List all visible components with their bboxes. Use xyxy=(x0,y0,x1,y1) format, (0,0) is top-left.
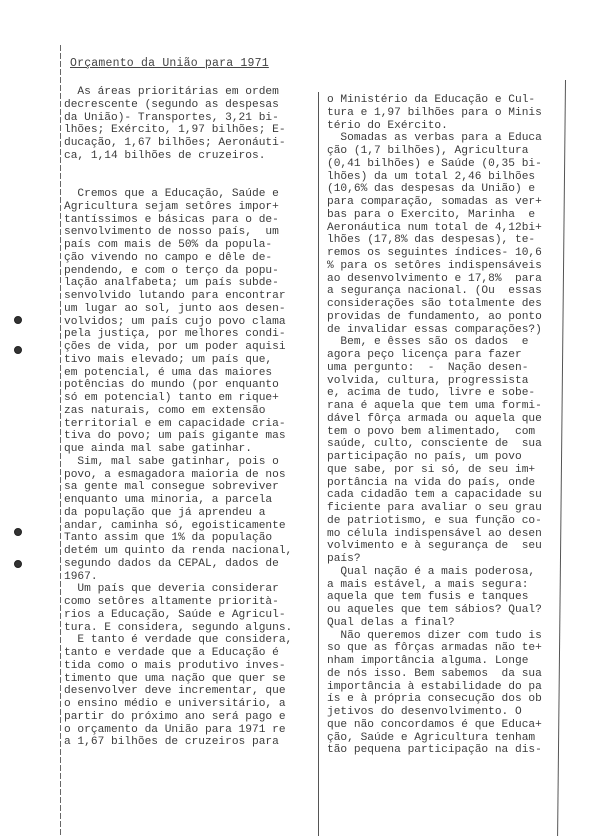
text-line: aquela que tem fusis e tanques xyxy=(327,591,589,604)
text-line: da população que já aprendeu a xyxy=(64,507,316,520)
text-line: ca, 1,14 bilhões de cruzeiros. xyxy=(64,150,316,163)
text-line xyxy=(64,163,316,176)
text-line: Um país que deveria considerar xyxy=(64,583,316,596)
text-line: pela justiça, por melhores condi- xyxy=(64,328,316,341)
text-line: Qual nação é a mais poderosa, xyxy=(327,566,589,579)
left-margin-line xyxy=(60,45,61,836)
text-line: ção (1,7 bilhões), Agricultura xyxy=(327,145,589,158)
text-line: tério do Exército. xyxy=(327,120,589,133)
text-line: ção, Saúde e Agricultura tenham xyxy=(327,732,589,745)
text-line: senvolvido lutando para encontrar xyxy=(64,290,316,303)
text-line: que ainda mal sabe gatinhar. xyxy=(64,443,316,456)
text-line: ficiente para avaliar o seu grau xyxy=(327,502,589,515)
text-line xyxy=(64,175,316,188)
text-line: territorial e em capacidade cria- xyxy=(64,418,316,431)
text-line: rios a Educação, Saúde e Agricul- xyxy=(64,609,316,622)
text-line: ao desenvolvimento e 17,8% para xyxy=(327,273,589,286)
left-text-column: As áreas prioritárias em ordemdecrescent… xyxy=(64,86,316,749)
text-line: considerações são totalmente des xyxy=(327,298,589,311)
text-line: tura e 1,97 bilhões para o Minis xyxy=(327,107,589,120)
text-line: só em potencial) tanto em rique+ xyxy=(64,392,316,405)
text-line: volvidos; um país cujo povo clama xyxy=(64,316,316,329)
text-line: 1967. xyxy=(64,571,316,584)
text-line: lhões) da um total 2,46 bilhões xyxy=(327,171,589,184)
text-line: cada cidadão tem a capacidade su xyxy=(327,489,589,502)
text-line: a 1,67 bilhões de cruzeiros para xyxy=(64,736,316,749)
typewritten-page: Orçamento da União para 1971 As áreas pr… xyxy=(0,0,594,836)
text-line: país com mais de 50% da popula- xyxy=(64,239,316,252)
text-line: sa gente mal consegue sobreviver xyxy=(64,481,316,494)
text-line: so que as fôrças armadas não te+ xyxy=(327,642,589,655)
text-line: potências do mundo (por enquanto xyxy=(64,379,316,392)
binder-hole-mark xyxy=(14,316,22,324)
text-line: que não concordamos é que Educa+ xyxy=(327,719,589,732)
text-line: Aeronáutica num total de 4,12bi+ xyxy=(327,222,589,235)
text-line: zas naturais, como em extensão xyxy=(64,405,316,418)
text-line: (10,6% das despesas da União) e xyxy=(327,183,589,196)
text-line: um lugar ao sol, junto aos desen- xyxy=(64,303,316,316)
text-line: participação no país, um povo xyxy=(327,451,589,464)
text-line: senvolvimento de nosso país, um xyxy=(64,226,316,239)
column-divider-line xyxy=(318,92,319,836)
text-line: jetivos do desenvolvimento. O xyxy=(327,706,589,719)
text-line: ção vivendo no campo e dêle de- xyxy=(64,252,316,265)
text-line: bas para o Exercito, Marinha e xyxy=(327,209,589,222)
text-line: decrescente (segundo as despesas xyxy=(64,99,316,112)
text-line: ducação, 1,67 bilhões; Aeronáuti- xyxy=(64,137,316,150)
text-line: Agricultura sejam setôres impor+ xyxy=(64,201,316,214)
text-line: tantíssimos e básicas para o de- xyxy=(64,214,316,227)
text-line: que sabe, por si só, de seu im+ xyxy=(327,464,589,477)
text-line: Bem, e êsses são os dados e xyxy=(327,336,589,349)
text-line: pendendo, e com o terço da popu- xyxy=(64,265,316,278)
text-line: Tanto assim que 1% da população xyxy=(64,532,316,545)
text-line: tiva do povo; um país gigante mas xyxy=(64,430,316,443)
text-line: volvida, cultura, progressista xyxy=(327,375,589,388)
text-line: como setôres altamente priorità- xyxy=(64,596,316,609)
text-line: detém um quinto da renda nacional, xyxy=(64,545,316,558)
text-line: Não queremos dizer com tudo is xyxy=(327,630,589,643)
text-line: Qual delas a final? xyxy=(327,617,589,630)
text-line: Somadas as verbas para a Educa xyxy=(327,132,589,145)
text-line: uma pergunto: - Nação desen- xyxy=(327,362,589,375)
text-line: tem o povo bem alimentado, com xyxy=(327,426,589,439)
text-line: importância à estabilidade do pa xyxy=(327,681,589,694)
text-line: Sim, mal sabe gatinhar, pois o xyxy=(64,456,316,469)
text-line: o Ministério da Educação e Cul- xyxy=(327,94,589,107)
text-line: segundo dados da CEPAL, dados de xyxy=(64,558,316,571)
text-line: da União)- Transportes, 3,21 bi- xyxy=(64,112,316,125)
text-line: andar, caminha só, egoisticamente xyxy=(64,520,316,533)
text-line: volvimento e à segurança de seu xyxy=(327,540,589,553)
text-line: ou aqueles que tem sábios? Qual? xyxy=(327,604,589,617)
text-line: agora peço licença para fazer xyxy=(327,349,589,362)
text-line: tão pequena participação na dis- xyxy=(327,744,589,757)
text-line: de invalidar essas comparações?) xyxy=(327,324,589,337)
text-line: de patriotismo, e sua função co- xyxy=(327,515,589,528)
text-line: desenvolver deve incrementar, que xyxy=(64,685,316,698)
binder-hole-mark xyxy=(14,560,22,568)
text-line: povo, a esmagadora maioria de nos xyxy=(64,469,316,482)
text-line: providas de fundamento, ao ponto xyxy=(327,311,589,324)
text-line: partir do próximo ano será pago e xyxy=(64,711,316,724)
text-line: lhões; Exército, 1,97 bilhões; E- xyxy=(64,124,316,137)
text-line: tura. E considera, segundo alguns. xyxy=(64,622,316,635)
text-line: a mais estável, a mais segura: xyxy=(327,579,589,592)
binder-hole-mark xyxy=(14,346,22,354)
text-line: de nós isso. Bem sabemos da sua xyxy=(327,668,589,681)
text-line: remos os seguintes índices- 10,6 xyxy=(327,247,589,260)
text-line: ções de vida, por um poder aquisi xyxy=(64,341,316,354)
text-line: % para os setôres indispensáveis xyxy=(327,260,589,273)
text-line: país? xyxy=(327,553,589,566)
text-line: timento que uma nação que quer se xyxy=(64,673,316,686)
text-line: saúde, culto, consciente de sua xyxy=(327,438,589,451)
text-line: lação analfabeta; um país subde- xyxy=(64,277,316,290)
text-line: e, acima de tudo, livre e sobe- xyxy=(327,387,589,400)
text-line: portância na vida do país, onde xyxy=(327,477,589,490)
text-line: mo célula indispensável ao desen xyxy=(327,528,589,541)
text-line: tivo mais elevado; um país que, xyxy=(64,354,316,367)
text-line: tida como o mais produtivo inves- xyxy=(64,660,316,673)
text-line: rana é aquela que tem uma formi- xyxy=(327,400,589,413)
document-title: Orçamento da União para 1971 xyxy=(70,57,269,70)
text-line: ís e à própria consecução dos ob xyxy=(327,693,589,706)
text-line: a segurança nacional. (Ou essas xyxy=(327,285,589,298)
text-line: As áreas prioritárias em ordem xyxy=(64,86,316,99)
text-line: tanto e verdade que a Educação é xyxy=(64,647,316,660)
text-line: em potencial, é uma das maiores xyxy=(64,367,316,380)
text-line: enquanto uma minoria, a parcela xyxy=(64,494,316,507)
text-line: dável fôrça armada ou aquela que xyxy=(327,413,589,426)
text-line: E tanto é verdade que considera, xyxy=(64,634,316,647)
text-line: Cremos que a Educação, Saúde e xyxy=(64,188,316,201)
text-line: o ensino médio e universitário, a xyxy=(64,698,316,711)
binder-hole-mark xyxy=(14,528,22,536)
text-line: lhões (17,8% das despesas), te- xyxy=(327,234,589,247)
text-line: nham importância alguma. Longe xyxy=(327,655,589,668)
text-line: para comparação, somadas as ver+ xyxy=(327,196,589,209)
right-text-column: o Ministério da Educação e Cul-tura e 1,… xyxy=(327,94,589,757)
text-line: (0,41 bilhões) e Saúde (0,35 bi- xyxy=(327,158,589,171)
text-line: o orçamento da União para 1971 re xyxy=(64,724,316,737)
